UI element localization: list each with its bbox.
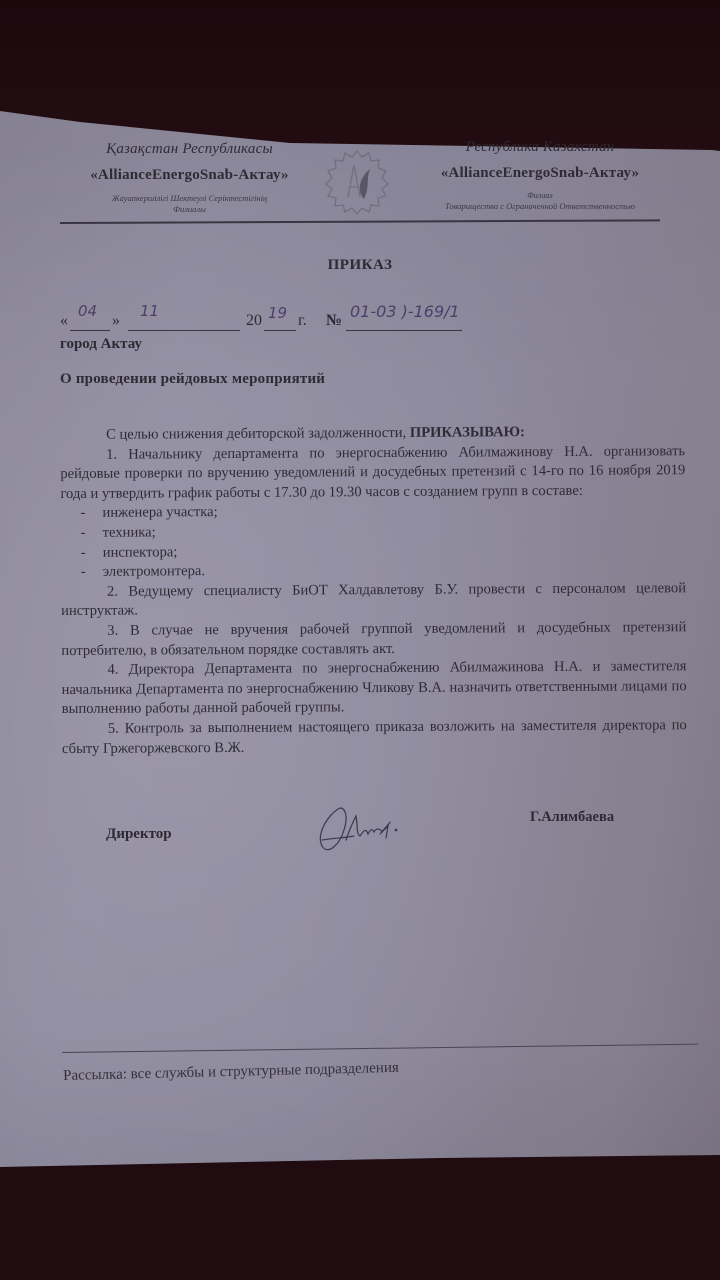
group-members-list: -инженера участка; -техника; -инспектора…	[60, 501, 685, 583]
order-body: С целью снижения дебиторской задолженнос…	[60, 422, 687, 759]
date-month: 11	[140, 302, 159, 320]
date-year-prefix: 20	[246, 312, 262, 330]
day-underline	[70, 330, 110, 331]
signatory-name: Г.Алимбаева	[530, 809, 614, 826]
preamble-text: С целью снижения дебиторской задолженнос…	[106, 425, 410, 443]
order-item-5: 5. Контроль за выполнением настоящего пр…	[62, 716, 687, 759]
header-country-ru: Республика Казахстан	[410, 138, 670, 156]
order-item-1: 1. Начальнику департамента по энергоснаб…	[60, 442, 685, 505]
header-subtitle-kz-1: Жауапкершілігі Шектеулі Серіктестігінің	[62, 193, 317, 204]
order-number: 01-03 )-169/1	[350, 302, 460, 321]
preamble-order-word: ПРИКАЗЫВАЮ:	[410, 424, 525, 441]
order-subject: О проведении рейдовых мероприятий	[60, 371, 325, 388]
date-close-quote: »	[112, 312, 120, 330]
order-item-2: 2. Ведущему специалисту БиОТ Халдавлетов…	[61, 579, 686, 622]
company-emblem-icon	[320, 147, 394, 217]
date-open-quote: «	[60, 312, 68, 330]
document-title: ПРИКАЗ	[0, 257, 720, 274]
date-year-label: г.	[298, 312, 307, 330]
header-subtitle-ru-2: Товарищества с Ограниченной Ответственно…	[410, 201, 670, 212]
signature-block: Директор Г.Алимбаева	[60, 800, 680, 870]
header-subtitle-ru-1: Филиал	[410, 190, 670, 201]
month-underline	[128, 330, 240, 331]
number-underline	[346, 330, 462, 331]
header-kazakh: Қазақстан Республикасы «AllianceEnergoSn…	[62, 140, 317, 215]
header-country-kz: Қазақстан Республикасы	[62, 140, 317, 158]
date-year-suffix: 19	[268, 304, 287, 322]
date-number-line: « 04 » 11 20 19 г. № 01-03 )-169/1	[60, 310, 660, 334]
header-company-ru: «AllianceEnergoSnab-Актау»	[410, 163, 670, 183]
signatory-position: Директор	[106, 826, 172, 843]
header-russian: Республика Казахстан «AllianceEnergoSnab…	[410, 138, 670, 212]
number-label: №	[326, 312, 342, 330]
order-item-4: 4. Директора Департамента по энергоснабж…	[61, 657, 686, 720]
year-underline	[264, 330, 296, 331]
handwritten-signature-icon	[310, 800, 410, 860]
order-item-3: 3. В случае не вручения рабочей группой …	[61, 618, 686, 661]
date-day: 04	[78, 302, 97, 320]
city: город Актау	[60, 336, 142, 353]
header-company-kz: «AllianceEnergoSnab-Актау»	[62, 165, 317, 185]
header-subtitle-kz-2: Филиалы	[62, 204, 317, 215]
